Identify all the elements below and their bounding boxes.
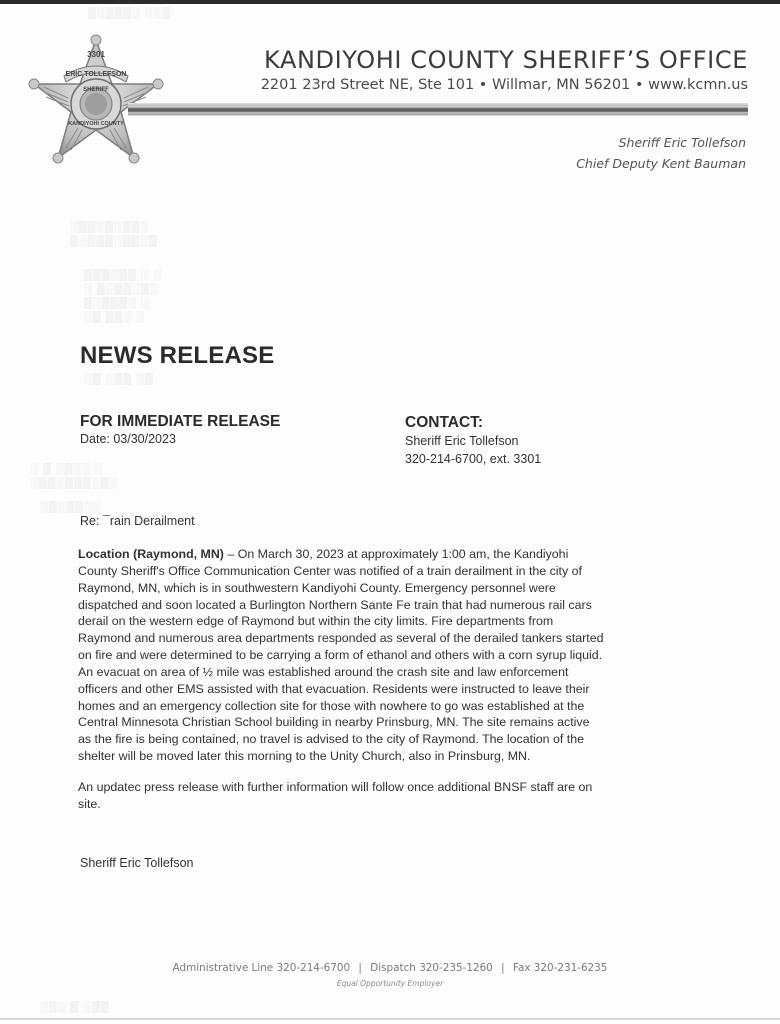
paragraph-line: An evacuat on area of ½ mile was establi… — [78, 664, 698, 681]
contact-name: Sheriff Eric Tollefson — [405, 434, 518, 448]
bleed-through-noise: ▒▒▒░▒▒ ░ ░░ ▒░▒▒░▒░▒░▒▒▒░ ░░▒ ▒▒░ ░ — [84, 268, 162, 324]
paragraph-line: dispatched and soon located a Burlington… — [78, 597, 698, 614]
organization-address: 2201 23rd Street NE, Ste 101 • Willmar, … — [200, 77, 748, 93]
paragraph-line: derail on the western edge of Raymond bu… — [78, 613, 698, 630]
footer-contacts: Administrative Line 320-214-6700 | Dispa… — [100, 962, 680, 974]
body-paragraph-2: An updatec press release with further in… — [78, 779, 698, 813]
paragraph-line: site. — [78, 796, 698, 813]
paragraph-line: Location (Raymond, MN) – On March 30, 20… — [78, 546, 698, 563]
release-label: FOR IMMEDIATE RELEASE — [80, 413, 280, 431]
paragraph-line: Central Minnesota Christian School build… — [78, 714, 698, 731]
contact-label: CONTACT: — [405, 414, 483, 432]
contact-phone: 320-214-6700, ext. 3301 — [405, 452, 541, 466]
svg-text:ERIC TOLLEFSON: ERIC TOLLEFSON — [66, 71, 127, 78]
official-chief-deputy: Chief Deputy Kent Bauman — [440, 153, 746, 174]
footer-separator: | — [496, 962, 510, 974]
signoff: Sheriff Eric Tollefson — [80, 856, 193, 870]
scan-bottom-edge — [0, 1018, 780, 1020]
bleed-through-noise: ░ ▒ ░▒░░ ░░▒▒░▒▒▒░▒░ — [30, 462, 118, 490]
organization-name: KANDIYOHI COUNTY SHERIFF’S OFFICE — [258, 46, 748, 74]
bleed-through-noise: ░▒ ░▒▒ ░▒ — [84, 372, 154, 386]
scan-top-edge — [0, 0, 780, 4]
paragraph-line: Raymond, MN, which is in southwestern Ka… — [78, 580, 698, 597]
bleed-through-noise: ░▒░▒▒░░ — [40, 500, 102, 514]
footer-separator: | — [353, 962, 367, 974]
officials-block: Sheriff Eric Tollefson Chief Deputy Kent… — [440, 132, 746, 174]
footer-admin-line: Administrative Line 320-214-6700 — [173, 962, 351, 974]
official-sheriff: Sheriff Eric Tollefson — [440, 132, 746, 153]
paragraph-line: Raymond and numerous area departments re… — [78, 630, 698, 647]
subject-line: Re: ¯rain Derailment — [80, 514, 195, 528]
paragraph-line: officers and other EMS assisted with tha… — [78, 681, 698, 698]
sheriff-star-badge-icon: 3301 ERIC TOLLEFSON SHERIFF KANDIYOHI CO… — [26, 32, 166, 172]
letterhead-rule — [128, 103, 748, 116]
paragraph-text: – On March 30, 2023 at approximately 1:0… — [224, 547, 568, 561]
paragraph-line: An updatec press release with further in… — [78, 779, 698, 796]
footer-tagline: Equal Opportunity Employer — [100, 979, 680, 988]
footer-fax-line: Fax 320-231-6235 — [513, 962, 607, 974]
paragraph-line: as the fire is being contained, no trave… — [78, 731, 698, 748]
svg-text:KANDIYOHI COUNTY: KANDIYOHI COUNTY — [68, 121, 124, 127]
svg-text:SHERIFF: SHERIFF — [83, 87, 109, 93]
bleed-through-noise: ░▒░ ▒ ░▒▒ — [40, 1000, 110, 1014]
paragraph-line: on fire and were determined to be carryi… — [78, 647, 698, 664]
paragraph-line: shelter will be moved later this morning… — [78, 748, 698, 765]
footer-dispatch-line: Dispatch 320-235-1260 — [370, 962, 493, 974]
bleed-through-noise: ░▒▒░▒░▒▒░▒░▒▒▒░▒▒░▒ — [70, 220, 158, 248]
body-paragraph-1: Location (Raymond, MN) – On March 30, 20… — [78, 546, 698, 765]
document-title: NEWS RELEASE — [80, 342, 274, 370]
bleed-through-noise: ▒░▒▒▒░ ░░▒ — [88, 6, 171, 20]
paragraph-line: homes and an emergency collection site f… — [78, 698, 698, 715]
location-lead: Location (Raymond, MN) — [78, 547, 224, 561]
paragraph-line: County Sheriff's Office Communication Ce… — [78, 563, 698, 580]
release-date: Date: 03/30/2023 — [80, 432, 176, 446]
svg-text:3301: 3301 — [87, 50, 105, 59]
